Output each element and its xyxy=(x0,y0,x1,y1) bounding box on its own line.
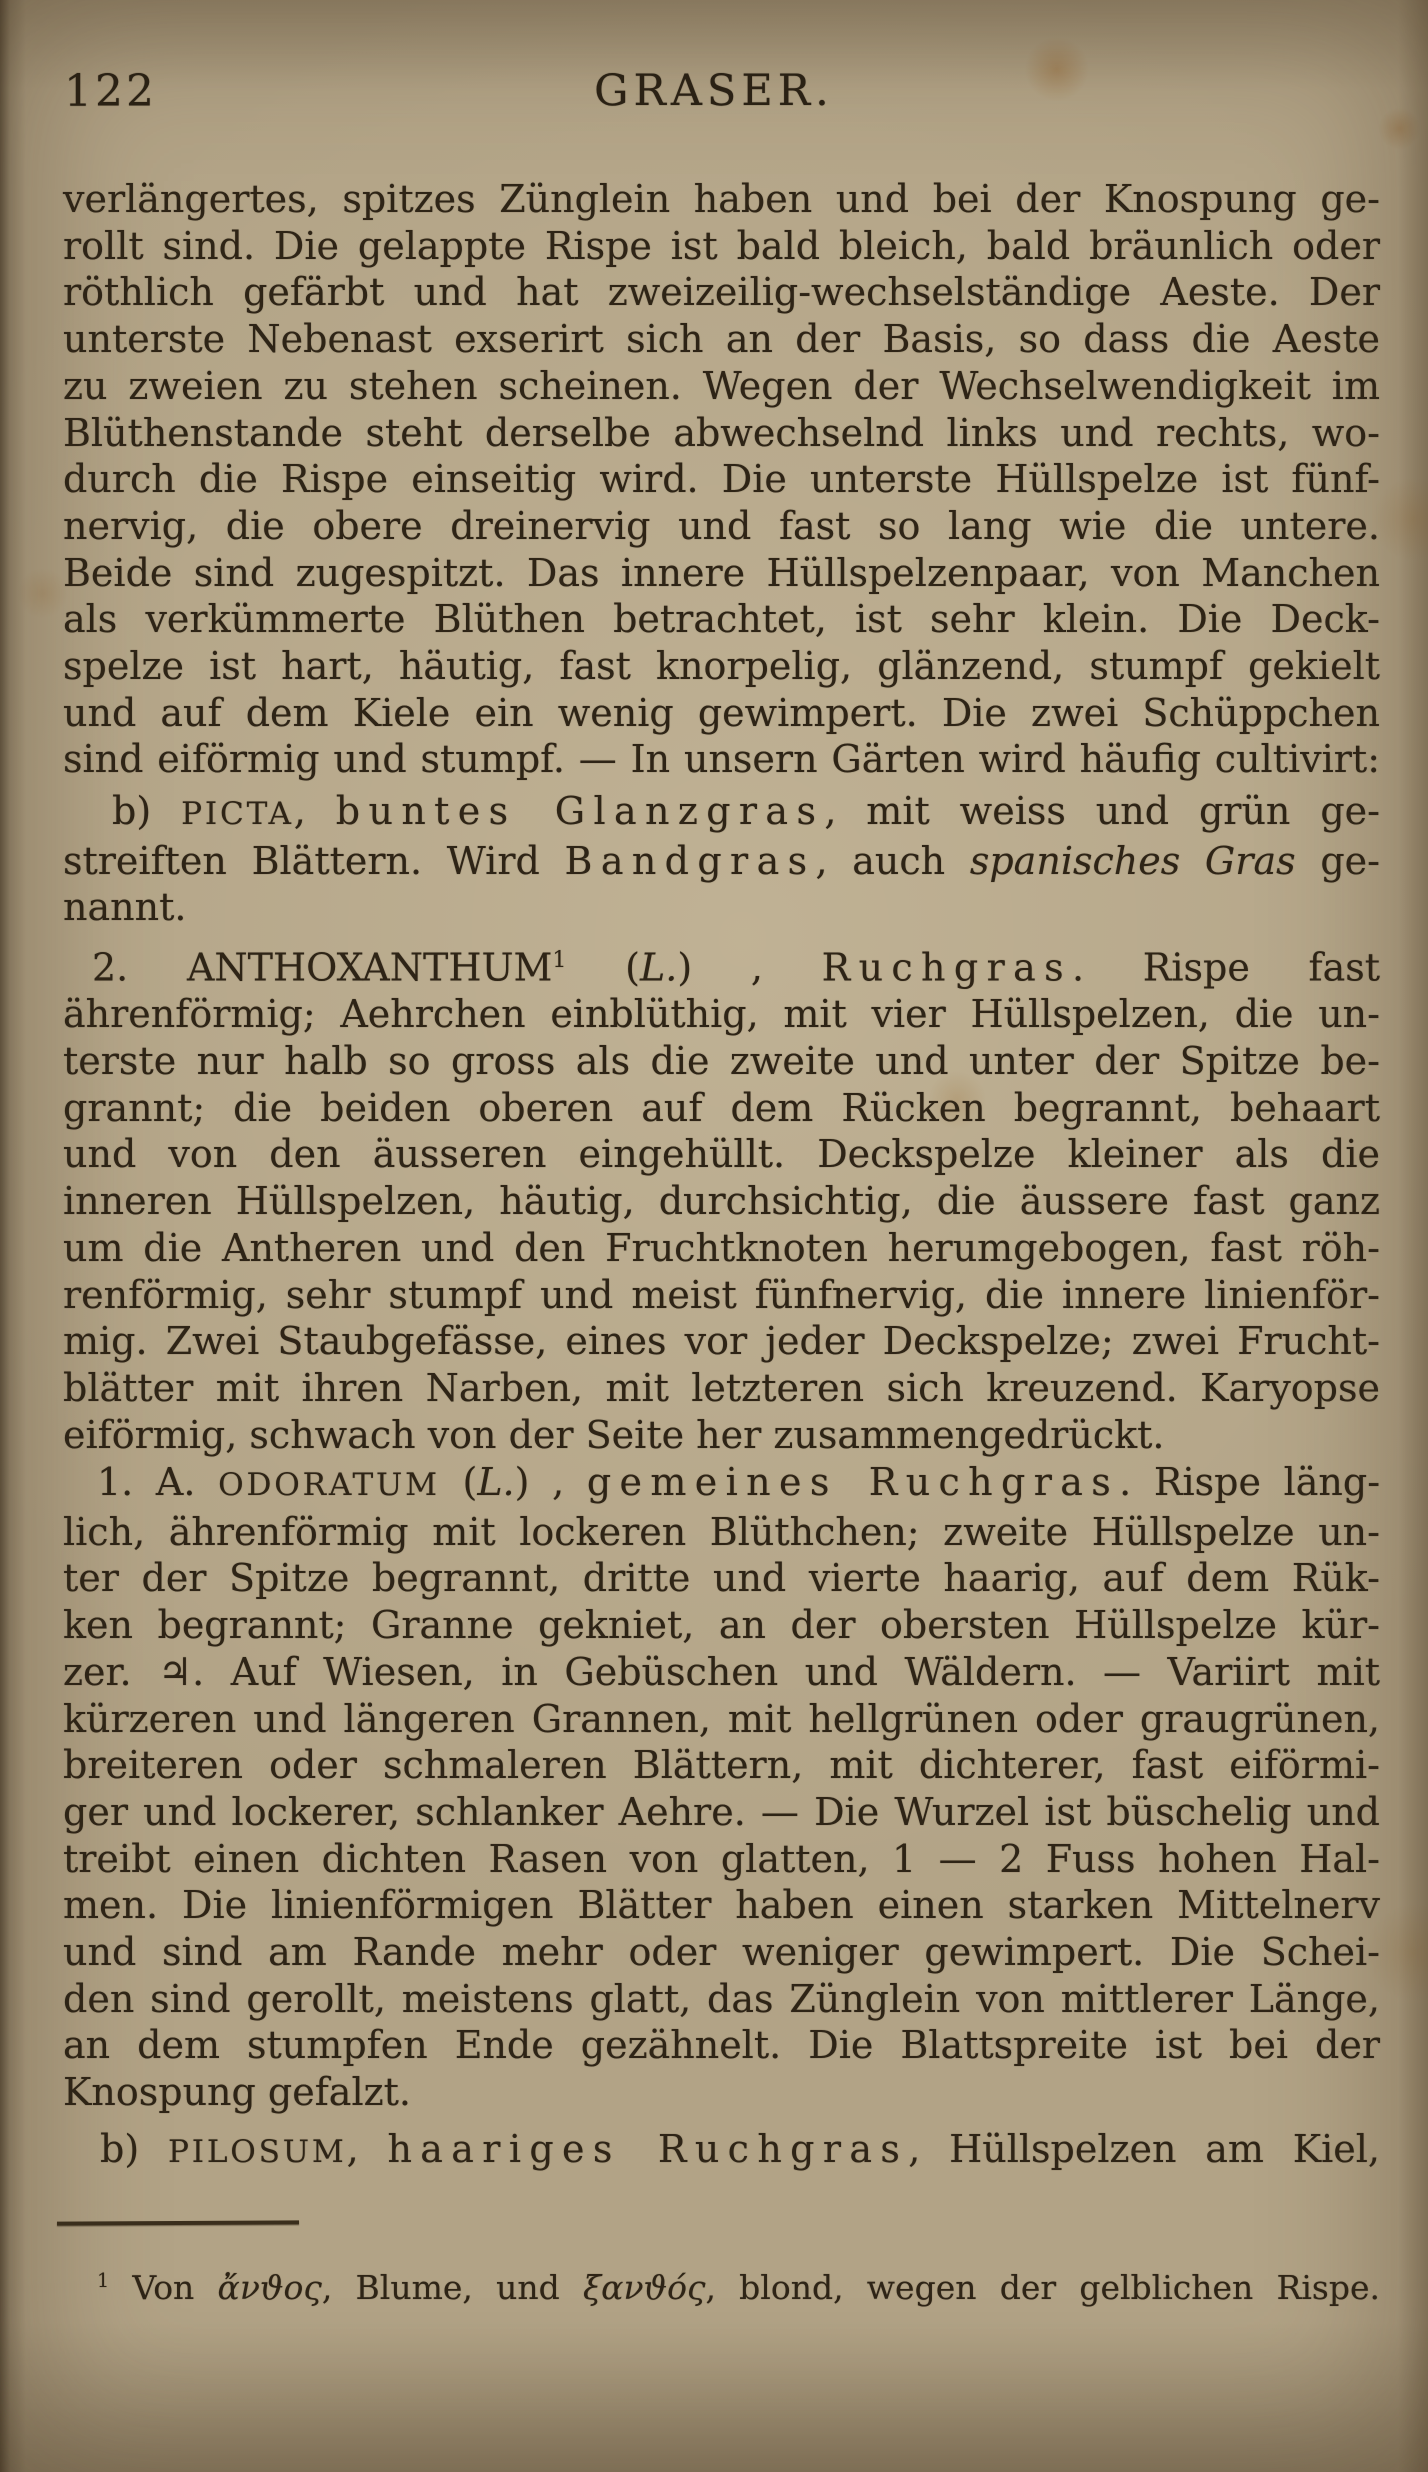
text-segment: spanisches Gras xyxy=(970,839,1296,883)
text-segment: , Hüllspelzen am Kiel, xyxy=(908,2127,1380,2171)
text-line: an dem stumpfen Ende gezähnelt. Die Blat… xyxy=(63,2022,1380,2069)
text-line: men. Die linienförmigen Blätter haben ei… xyxy=(63,1882,1380,1929)
text-segment: treibt einen dichten Rasen von glatten, … xyxy=(63,1837,1380,1881)
text-segment: ken begrannt; Granne gekniet, an der obe… xyxy=(63,1603,1380,1647)
text-line: nervig, die obere dreinervig und fast so… xyxy=(63,503,1380,550)
text-segment: 1 xyxy=(552,948,566,973)
text-line: sind eiförmig und stumpf. — In unsern Gä… xyxy=(63,736,1380,783)
text-line: treibt einen dichten Rasen von glatten, … xyxy=(63,1836,1380,1883)
text-segment: haariges Ruchgras xyxy=(387,2127,908,2171)
text-segment: , xyxy=(347,2127,388,2171)
text-segment: röthlich gefärbt und hat zweizeilig-wech… xyxy=(63,270,1380,314)
text-segment: kürzeren und längeren Grannen, mit hellg… xyxy=(63,1697,1380,1741)
text-line: ger und lockerer, schlanker Aehre. — Die… xyxy=(63,1789,1380,1836)
text-line: den sind gerollt, meistens glatt, das Zü… xyxy=(63,1976,1380,2023)
text-segment: , auch xyxy=(815,839,969,883)
text-segment: ODORATUM xyxy=(218,1467,440,1503)
text-line: lich, ährenförmig mit lockeren Blüthchen… xyxy=(63,1509,1380,1556)
text-line: renförmig, sehr stumpf und meist fünfner… xyxy=(63,1272,1380,1319)
text-line: Blüthenstande steht derselbe abwechselnd… xyxy=(63,410,1380,457)
text-line: ährenförmig; Aehrchen einblüthig, mit vi… xyxy=(63,991,1380,1038)
text-segment: den sind gerollt, meistens glatt, das Zü… xyxy=(63,1977,1380,2021)
footnote-etymology: 1 Von ἄνϑος, Blume, und ξανϑός, blond, w… xyxy=(63,2260,1380,2309)
text-segment: streiften Blättern. Wird xyxy=(63,839,565,883)
text-segment: zer. ♃. Auf Wiesen, in Gebüschen und Wäl… xyxy=(63,1650,1380,1694)
text-segment: als verkümmerte Blüthen betrachtet, ist … xyxy=(63,597,1380,641)
text-line: Knospung gefalzt. xyxy=(63,2069,1380,2116)
text-line: ken begrannt; Granne gekniet, an der obe… xyxy=(63,1602,1380,1649)
text-segment: Knospung gefalzt. xyxy=(63,2070,411,2114)
text-line: ter der Spitze begrannt, dritte und vier… xyxy=(63,1555,1380,1602)
text-line: 1 Von ἄνϑος, Blume, und ξανϑός, blond, w… xyxy=(63,2260,1380,2309)
text-segment: gemeines Ruchgras xyxy=(587,1460,1119,1504)
text-segment: , blond, wegen der gelblichen Rispe. xyxy=(705,2268,1380,2307)
text-segment: men. Die linienförmigen Blätter haben ei… xyxy=(63,1883,1380,1927)
text-line: und sind am Rande mehr oder weniger gewi… xyxy=(63,1929,1380,1976)
text-segment: ge- xyxy=(1296,839,1380,883)
text-line: kürzeren und längeren Grannen, mit hellg… xyxy=(63,1696,1380,1743)
text-line: als verkümmerte Blüthen betrachtet, ist … xyxy=(63,596,1380,643)
text-segment: verlängertes, spitzes Zünglein haben und… xyxy=(63,177,1380,221)
text-segment: 2. ANTHOXANTHUM xyxy=(92,946,552,990)
text-segment: Beide sind zugespitzt. Das innere Hüllsp… xyxy=(63,551,1380,595)
text-line: Beide sind zugespitzt. Das innere Hüllsp… xyxy=(63,550,1380,597)
text-line: breiteren oder schmaleren Blättern, mit … xyxy=(63,1742,1380,1789)
text-segment: ) , xyxy=(515,1460,587,1504)
text-line: inneren Hüllspelzen, häutig, durchsichti… xyxy=(63,1178,1380,1225)
text-segment: unterste Nebenast exserirt sich an der B… xyxy=(63,317,1380,361)
text-segment: ( xyxy=(440,1460,478,1504)
paragraph-variety-picta: b) PICTA, buntes Glanzgras, mit weiss un… xyxy=(63,788,1380,931)
text-segment: sind eiförmig und stumpf. — In unsern Gä… xyxy=(63,737,1380,781)
text-line: nannt. xyxy=(63,884,1380,931)
text-segment: , mit weiss und grün ge- xyxy=(824,789,1380,833)
text-segment: und von den äusseren eingehüllt. Deckspe… xyxy=(63,1132,1380,1176)
text-segment: . Rispe fast xyxy=(1072,946,1380,990)
text-line: rollt sind. Die gelappte Rispe ist bald … xyxy=(63,223,1380,270)
text-segment: b) xyxy=(100,2127,168,2171)
text-line: blätter mit ihren Narben, mit letzteren … xyxy=(63,1365,1380,1412)
text-segment: . Rispe läng- xyxy=(1119,1460,1380,1504)
text-segment: nannt. xyxy=(63,885,186,929)
text-segment: , xyxy=(294,789,336,833)
text-segment: rollt sind. Die gelappte Rispe ist bald … xyxy=(63,224,1380,268)
paragraph-species-odoratum: 1. A. ODORATUM (L.) , gemeines Ruchgras.… xyxy=(63,1459,1380,2116)
text-segment: buntes Glanzgras xyxy=(336,789,825,833)
text-segment: ( xyxy=(566,946,640,990)
text-line: grannt; die beiden oberen auf dem Rücken… xyxy=(63,1085,1380,1132)
text-line: b) PILOSUM, haariges Ruchgras, Hüllspelz… xyxy=(63,2126,1380,2176)
text-segment: durch die Rispe einseitig wird. Die unte… xyxy=(63,457,1380,501)
text-segment: Bandgras xyxy=(565,839,816,883)
text-line: und von den äusseren eingehüllt. Deckspe… xyxy=(63,1131,1380,1178)
text-segment: PICTA xyxy=(181,796,294,832)
text-line: spelze ist hart, häutig, fast knorpelig,… xyxy=(63,643,1380,690)
text-segment: Von xyxy=(109,2268,217,2307)
paragraph-phalaris-description: verlängertes, spitzes Zünglein haben und… xyxy=(63,176,1380,783)
text-segment: an dem stumpfen Ende gezähnelt. Die Blat… xyxy=(63,2023,1380,2067)
text-line: 2. ANTHOXANTHUM1 (L.) , Ruchgras. Rispe … xyxy=(63,938,1380,991)
text-line: zer. ♃. Auf Wiesen, in Gebüschen und Wäl… xyxy=(63,1649,1380,1696)
text-line: zu zweien zu stehen scheinen. Wegen der … xyxy=(63,363,1380,410)
text-segment: und auf dem Kiele ein wenig gewimpert. D… xyxy=(63,691,1380,735)
text-segment: b) xyxy=(112,789,181,833)
text-segment: 1 xyxy=(97,2269,109,2292)
text-segment: L. xyxy=(640,946,677,990)
text-segment: ξανϑός xyxy=(583,2268,705,2307)
text-line: 1. A. ODORATUM (L.) , gemeines Ruchgras.… xyxy=(63,1459,1380,1509)
paragraph-variety-pilosum: b) PILOSUM, haariges Ruchgras, Hüllspelz… xyxy=(63,2126,1380,2176)
text-segment: ἄνϑος xyxy=(218,2268,322,2307)
text-segment: ter der Spitze begrannt, dritte und vier… xyxy=(63,1556,1380,1600)
text-line: streiften Blättern. Wird Bandgras, auch … xyxy=(63,838,1380,885)
text-segment: um die Antheren und den Fruchtknoten her… xyxy=(63,1226,1380,1270)
text-segment: und sind am Rande mehr oder weniger gewi… xyxy=(63,1930,1380,1974)
running-head-title: GRASER. xyxy=(0,66,1428,116)
text-segment: PILOSUM xyxy=(168,2134,347,2170)
text-segment: ger und lockerer, schlanker Aehre. — Die… xyxy=(63,1790,1380,1834)
text-line: verlängertes, spitzes Zünglein haben und… xyxy=(63,176,1380,223)
text-segment: ährenförmig; Aehrchen einblüthig, mit vi… xyxy=(63,992,1380,1036)
text-segment: zu zweien zu stehen scheinen. Wegen der … xyxy=(63,364,1380,408)
text-line: b) PICTA, buntes Glanzgras, mit weiss un… xyxy=(63,788,1380,838)
text-segment: inneren Hüllspelzen, häutig, durchsichti… xyxy=(63,1179,1380,1223)
text-line: um die Antheren und den Fruchtknoten her… xyxy=(63,1225,1380,1272)
text-segment: eiförmig, schwach von der Seite her zusa… xyxy=(63,1413,1164,1457)
text-segment: breiteren oder schmaleren Blättern, mit … xyxy=(63,1743,1380,1787)
text-line: unterste Nebenast exserirt sich an der B… xyxy=(63,316,1380,363)
text-segment: renförmig, sehr stumpf und meist fünfner… xyxy=(63,1273,1380,1317)
text-segment: 1. A. xyxy=(97,1460,218,1504)
paragraph-genus-anthoxanthum: 2. ANTHOXANTHUM1 (L.) , Ruchgras. Rispe … xyxy=(63,938,1380,1458)
text-segment: mig. Zwei Staubgefässe, eines vor jeder … xyxy=(63,1319,1380,1363)
text-line: und auf dem Kiele ein wenig gewimpert. D… xyxy=(63,690,1380,737)
text-segment: terste nur halb so gross als die zweite … xyxy=(63,1039,1380,1083)
text-line: terste nur halb so gross als die zweite … xyxy=(63,1038,1380,1085)
text-segment: nervig, die obere dreinervig und fast so… xyxy=(63,504,1380,548)
text-segment: Ruchgras xyxy=(822,946,1072,990)
text-segment: blätter mit ihren Narben, mit letzteren … xyxy=(63,1366,1380,1410)
text-line: röthlich gefärbt und hat zweizeilig-wech… xyxy=(63,269,1380,316)
text-segment: ) , xyxy=(677,946,821,990)
text-segment: L. xyxy=(477,1460,514,1504)
text-segment: grannt; die beiden oberen auf dem Rücken… xyxy=(63,1086,1380,1130)
text-line: mig. Zwei Staubgefässe, eines vor jeder … xyxy=(63,1318,1380,1365)
book-page: { "colors": { "paper": "#b2a386", "ink":… xyxy=(0,0,1428,2472)
footnote-divider xyxy=(57,2220,299,2225)
text-segment: , Blume, und xyxy=(322,2268,583,2307)
text-segment: lich, ährenförmig mit lockeren Blüthchen… xyxy=(63,1510,1380,1554)
text-segment: spelze ist hart, häutig, fast knorpelig,… xyxy=(63,644,1380,688)
text-segment: Blüthenstande steht derselbe abwechselnd… xyxy=(63,411,1380,455)
text-line: durch die Rispe einseitig wird. Die unte… xyxy=(63,456,1380,503)
text-line: eiförmig, schwach von der Seite her zusa… xyxy=(63,1412,1380,1459)
